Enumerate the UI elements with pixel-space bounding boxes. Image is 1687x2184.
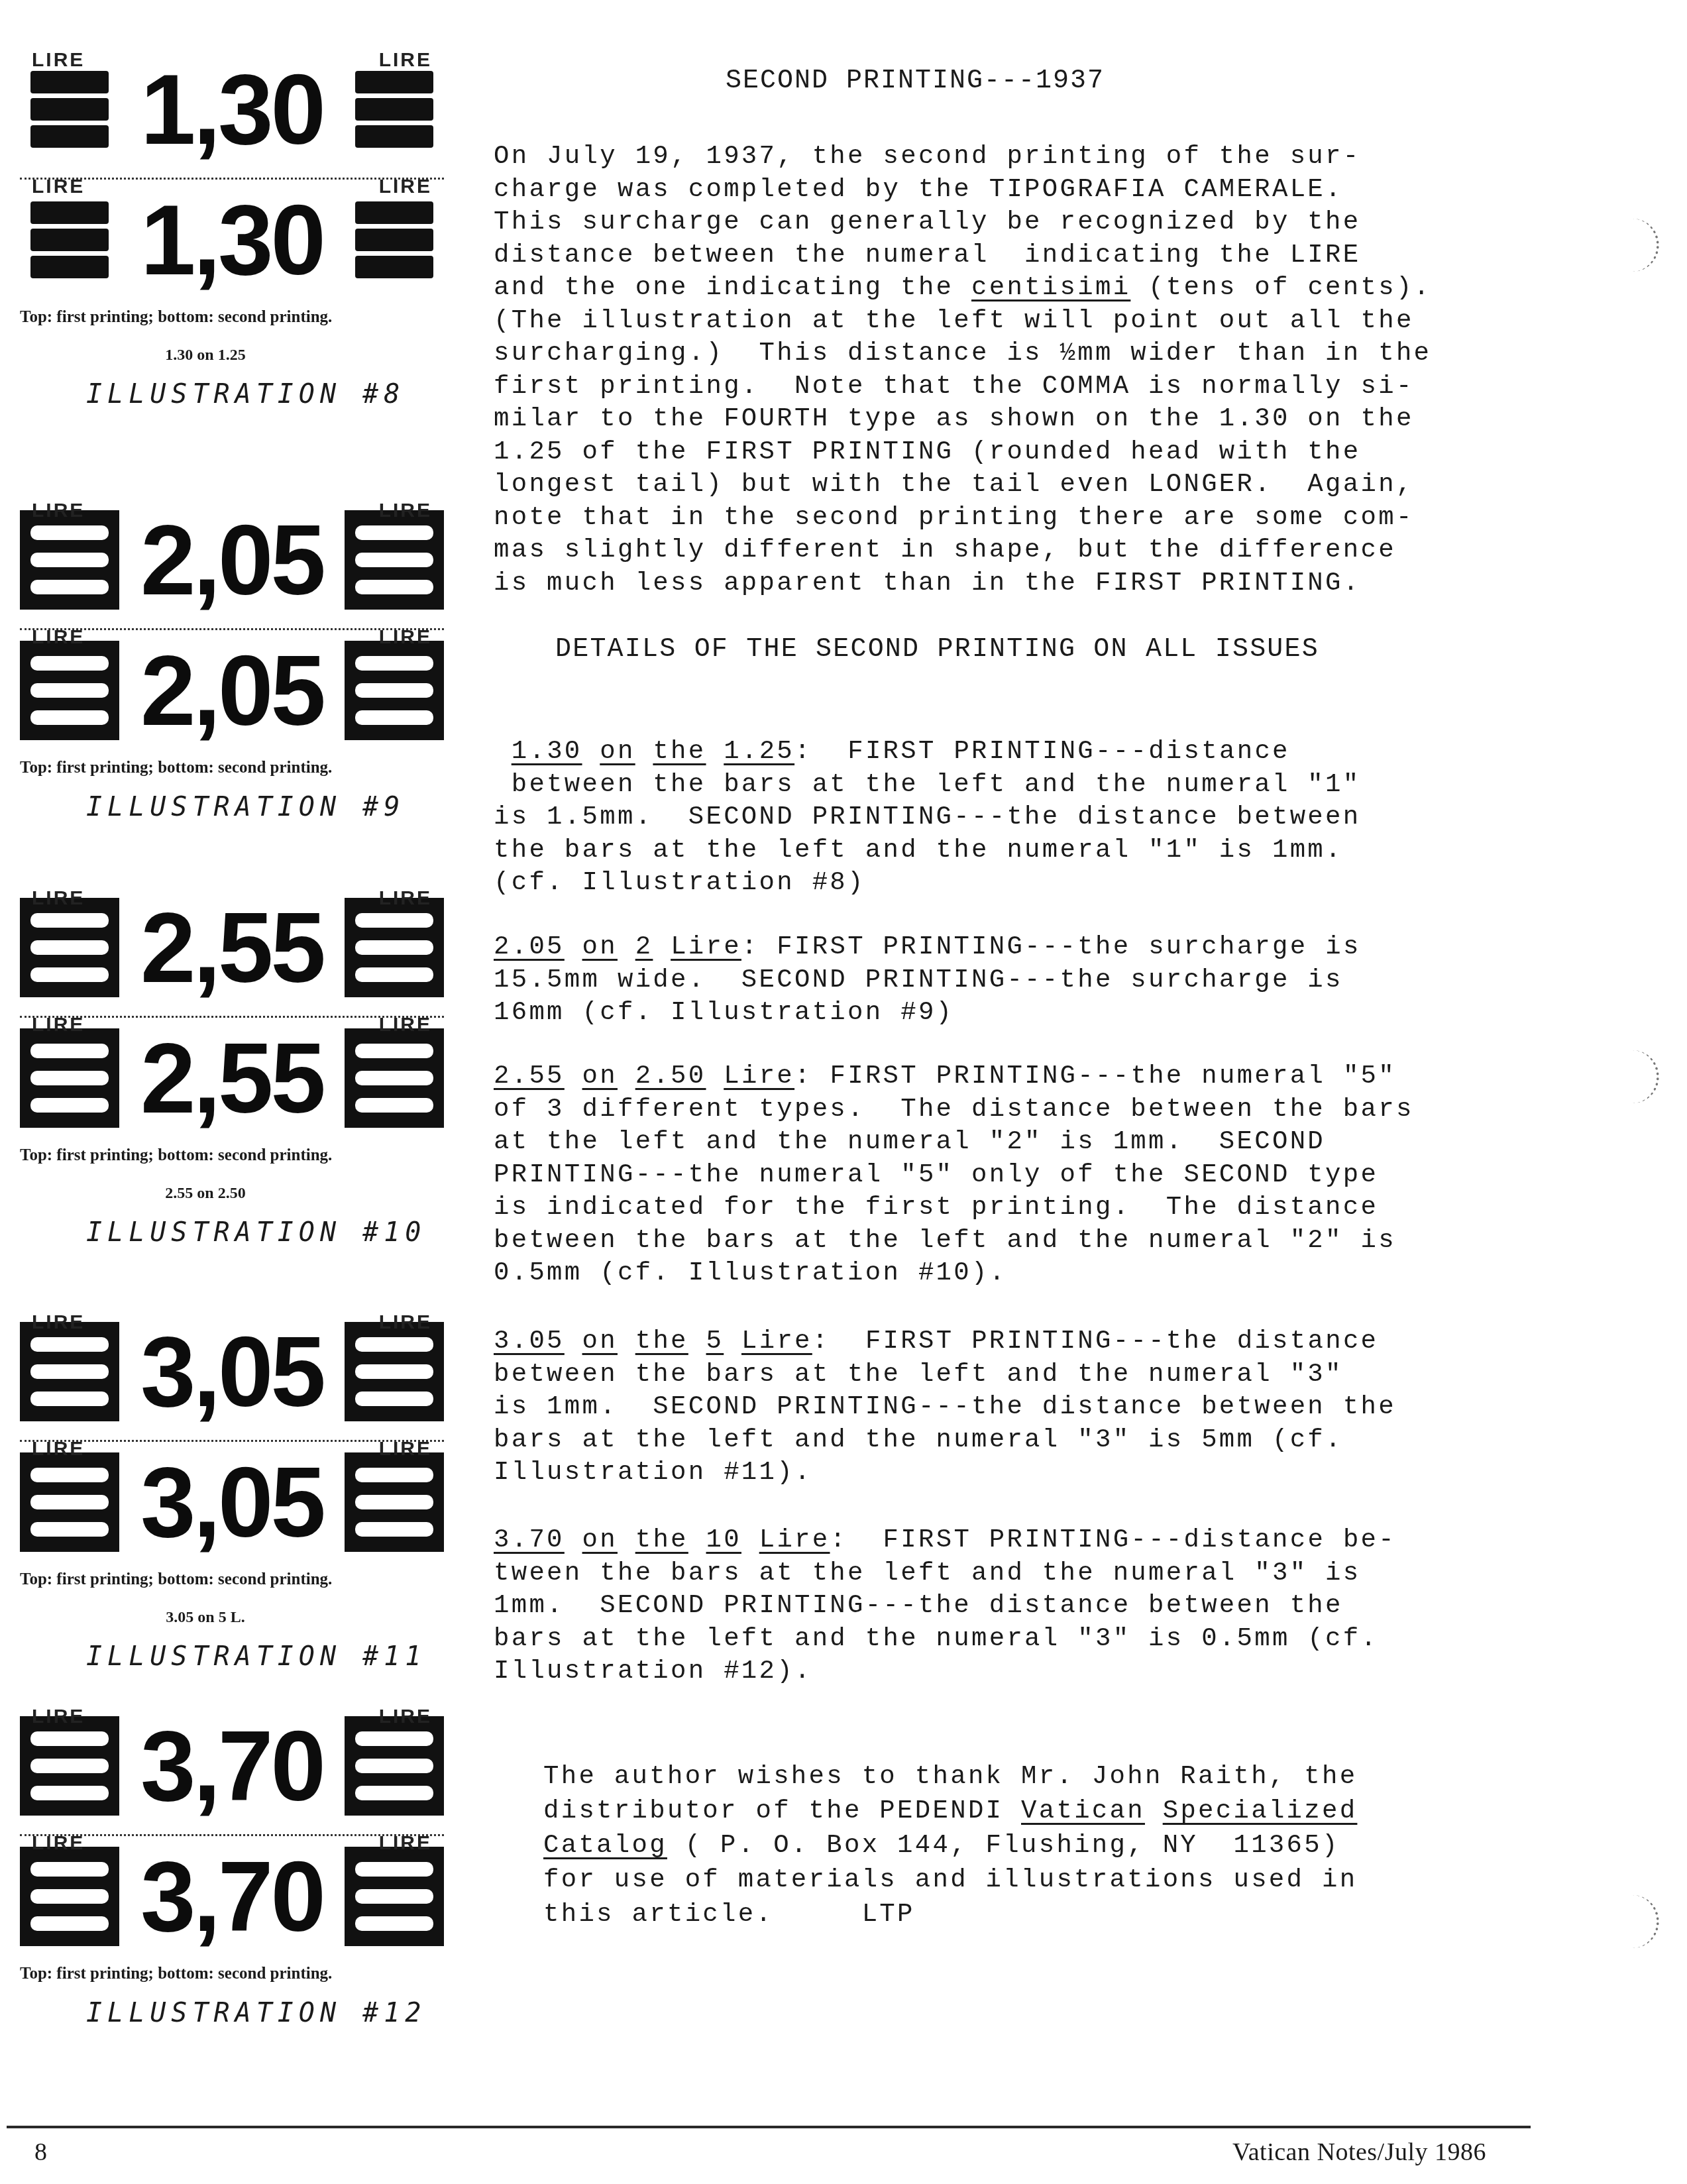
ack-line: for use of materials and illustrations u… xyxy=(543,1863,1357,1897)
issue-heading-term: the xyxy=(635,1327,688,1356)
surcharge-numeral: 2,55 xyxy=(119,895,345,1001)
illustration-value: 1.30 on 1.25 xyxy=(20,347,391,364)
surcharge-bars-icon xyxy=(20,1716,119,1816)
issue-detail-line: between the bars at the left and the num… xyxy=(494,1358,1567,1392)
ack-line: this article. LTP xyxy=(543,1897,1357,1932)
surcharge-bars-icon xyxy=(20,1322,119,1421)
catalog-title-catalog: Catalog xyxy=(543,1831,667,1860)
surcharge-numeral: 1,30 xyxy=(119,56,345,162)
journal-footer: Vatican Notes/July 1986 xyxy=(1232,2138,1486,2167)
intro-line: note that in the second printing there a… xyxy=(494,502,1567,535)
stamp-illustration: 3,70LIRELIRE3,70LIRELIRETop: first print… xyxy=(20,1710,451,2028)
lire-label: LIRE xyxy=(32,176,85,198)
lire-label: LIRE xyxy=(379,1438,432,1460)
surcharge-numeral: 3,05 xyxy=(119,1319,345,1425)
illustration-label: ILLUSTRATION #11 xyxy=(20,1641,451,1672)
section-subheading: DETAILS OF THE SECOND PRINTING ON ALL IS… xyxy=(555,635,1319,665)
lire-label: LIRE xyxy=(32,1832,85,1855)
surcharge-bars-icon xyxy=(20,1452,119,1552)
surcharge-numeral: 3,70 xyxy=(119,1713,345,1819)
lire-label: LIRE xyxy=(32,1311,85,1334)
lire-label: LIRE xyxy=(32,1706,85,1728)
surcharge-numeral: 2,05 xyxy=(119,507,345,613)
binder-hole-mark xyxy=(1617,1895,1659,1948)
issue-heading-term: on xyxy=(600,737,635,766)
lire-label: LIRE xyxy=(379,1832,432,1855)
issue-detail-line: Illustration #12). xyxy=(494,1655,1567,1688)
surcharge-bars-icon xyxy=(345,641,444,740)
issue-heading: 2.05 on 2 Lire: FIRST PRINTING---the sur… xyxy=(494,931,1567,964)
surcharge-numeral: 3,70 xyxy=(119,1843,345,1949)
issue-detail-line: between the bars at the left and the num… xyxy=(494,1225,1567,1258)
illustration-value: 2.55 on 2.50 xyxy=(20,1185,391,1203)
surcharge-bars-icon xyxy=(345,510,444,610)
issue-heading: 3.70 on the 10 Lire: FIRST PRINTING---di… xyxy=(494,1524,1567,1557)
issue-detail-entry: 3.05 on the 5 Lire: FIRST PRINTING---the… xyxy=(494,1325,1567,1490)
intro-line: first printing. Note that the COMMA is n… xyxy=(494,370,1567,404)
intro-line: This surcharge can generally be recogniz… xyxy=(494,206,1567,239)
surcharge-numeral: 2,55 xyxy=(119,1025,345,1131)
surcharge-bars-icon xyxy=(345,190,444,290)
issue-heading-term: Lire xyxy=(759,1525,830,1555)
surcharge-numeral: 2,05 xyxy=(119,637,345,743)
surcharge-bars-icon xyxy=(345,1322,444,1421)
lire-label: LIRE xyxy=(379,626,432,649)
issue-heading-term: 3.70 xyxy=(494,1525,565,1555)
surcharge-bars-icon xyxy=(345,898,444,997)
issue-heading-term: Lire xyxy=(671,932,741,961)
issue-heading-term: Lire xyxy=(741,1327,812,1356)
surcharge-bars-icon xyxy=(20,510,119,610)
issue-detail-entry: 1.30 on the 1.25: FIRST PRINTING---dista… xyxy=(494,736,1567,900)
intro-line: is much less apparent than in the FIRST … xyxy=(494,567,1567,600)
issue-heading-term: 2.55 xyxy=(494,1062,565,1091)
issue-detail-line: is 1.5mm. SECOND PRINTING---the distance… xyxy=(494,801,1567,834)
stamp-first-printing: 2,05LIRELIRE xyxy=(20,504,444,616)
issue-heading: 3.05 on the 5 Lire: FIRST PRINTING---the… xyxy=(494,1325,1567,1358)
lire-label: LIRE xyxy=(379,49,432,72)
issue-detail-entry: 3.70 on the 10 Lire: FIRST PRINTING---di… xyxy=(494,1524,1567,1688)
lire-label: LIRE xyxy=(379,1014,432,1036)
surcharge-bars-icon xyxy=(20,641,119,740)
intro-line: (The illustration at the left will point… xyxy=(494,305,1567,338)
page-number: 8 xyxy=(34,2138,47,2167)
illustration-caption: Top: first printing; bottom: second prin… xyxy=(20,1146,451,1165)
lire-label: LIRE xyxy=(32,626,85,649)
illustration-caption: Top: first printing; bottom: second prin… xyxy=(20,1570,451,1589)
footer-rule xyxy=(7,2126,1531,2128)
intro-line: surcharging.) This distance is ½mm wider… xyxy=(494,337,1567,370)
issue-heading: 2.55 on 2.50 Lire: FIRST PRINTING---the … xyxy=(494,1060,1567,1093)
illustration-value: 3.05 on 5 L. xyxy=(20,1609,391,1627)
stamp-pair-image: 3,05LIRELIRE3,05LIRELIRE xyxy=(20,1315,444,1558)
lire-label: LIRE xyxy=(32,887,85,910)
intro-line: and the one indicating the centisimi (te… xyxy=(494,272,1567,305)
catalog-title-specialized: Specialized xyxy=(1163,1796,1358,1826)
lire-label: LIRE xyxy=(32,1014,85,1036)
issue-heading-term: 5 xyxy=(706,1327,724,1356)
illustration-caption: Top: first printing; bottom: second prin… xyxy=(20,1965,451,1983)
stamp-second-printing: 2,55LIRELIRE xyxy=(20,1016,444,1134)
stamp-second-printing: 2,05LIRELIRE xyxy=(20,628,444,747)
intro-paragraph: On July 19, 1937, the second printing of… xyxy=(494,140,1567,600)
surcharge-bars-icon xyxy=(20,190,119,290)
issue-heading-term: on xyxy=(582,1327,618,1356)
stamp-first-printing: 3,05LIRELIRE xyxy=(20,1315,444,1428)
issue-heading-term: the xyxy=(635,1525,688,1555)
stamp-illustration: 2,55LIRELIRE2,55LIRELIRETop: first print… xyxy=(20,891,451,1248)
issue-heading-term: 1.30 xyxy=(512,737,582,766)
surcharge-bars-icon xyxy=(345,60,444,159)
issue-heading-term: 3.05 xyxy=(494,1327,565,1356)
lire-label: LIRE xyxy=(379,887,432,910)
stamp-second-printing: 3,05LIRELIRE xyxy=(20,1440,444,1558)
surcharge-numeral: 3,05 xyxy=(119,1449,345,1555)
lire-label: LIRE xyxy=(379,500,432,522)
issue-detail-line: the bars at the left and the numeral "1"… xyxy=(494,834,1567,867)
issue-heading-term: 2.05 xyxy=(494,932,565,961)
illustration-caption: Top: first printing; bottom: second prin… xyxy=(20,308,451,327)
ack-line: The author wishes to thank Mr. John Rait… xyxy=(543,1759,1357,1794)
issue-detail-line: tween the bars at the left and the numer… xyxy=(494,1557,1567,1590)
issue-heading: 1.30 on the 1.25: FIRST PRINTING---dista… xyxy=(494,736,1567,769)
intro-line: longest tail) but with the tail even LON… xyxy=(494,468,1567,502)
issue-heading-term: 2 xyxy=(635,932,653,961)
issue-detail-line: is indicated for the first printing. The… xyxy=(494,1191,1567,1225)
catalog-title-vatican: Vatican xyxy=(1021,1796,1145,1826)
surcharge-bars-icon xyxy=(345,1452,444,1552)
surcharge-bars-icon xyxy=(20,898,119,997)
issue-detail-line: 0.5mm (cf. Illustration #10). xyxy=(494,1257,1567,1290)
issue-heading-term: on xyxy=(582,1062,618,1091)
issue-heading-term: Lire xyxy=(724,1062,794,1091)
stamp-pair-image: 2,55LIRELIRE2,55LIRELIRE xyxy=(20,891,444,1134)
issue-detail-line: bars at the left and the numeral "3" is … xyxy=(494,1623,1567,1656)
illustration-label: ILLUSTRATION #8 xyxy=(20,379,451,409)
issue-detail-line: bars at the left and the numeral "3" is … xyxy=(494,1424,1567,1457)
intro-line: distance between the numeral indicating … xyxy=(494,239,1567,272)
stamp-illustration: 1,30LIRELIRE1,30LIRELIRETop: first print… xyxy=(20,53,451,409)
issue-detail-line: at the left and the numeral "2" is 1mm. … xyxy=(494,1126,1567,1159)
stamp-illustration: 3,05LIRELIRE3,05LIRELIRETop: first print… xyxy=(20,1315,451,1672)
issue-detail-line: PRINTING---the numeral "5" only of the S… xyxy=(494,1159,1567,1192)
surcharge-bars-icon xyxy=(345,1716,444,1816)
article-title: SECOND PRINTING---1937 xyxy=(726,66,1105,96)
lire-label: LIRE xyxy=(32,49,85,72)
stamp-pair-image: 1,30LIRELIRE1,30LIRELIRE xyxy=(20,53,444,296)
issue-heading-term: on xyxy=(582,1525,618,1555)
illustration-caption: Top: first printing; bottom: second prin… xyxy=(20,759,451,777)
surcharge-bars-icon xyxy=(345,1028,444,1128)
issue-detail-entry: 2.05 on 2 Lire: FIRST PRINTING---the sur… xyxy=(494,931,1567,1030)
stamp-pair-image: 3,70LIRELIRE3,70LIRELIRE xyxy=(20,1710,444,1953)
stamp-first-printing: 3,70LIRELIRE xyxy=(20,1710,444,1822)
lire-label: LIRE xyxy=(379,1706,432,1728)
lire-label: LIRE xyxy=(379,176,432,198)
issue-heading-term: 2.50 xyxy=(635,1062,706,1091)
surcharge-bars-icon xyxy=(20,1028,119,1128)
acknowledgement-paragraph: The author wishes to thank Mr. John Rait… xyxy=(543,1759,1357,1932)
surcharge-bars-icon xyxy=(20,1847,119,1946)
stamp-first-printing: 2,55LIRELIRE xyxy=(20,891,444,1004)
illustration-label: ILLUSTRATION #12 xyxy=(20,1998,451,2028)
issue-heading-term: 10 xyxy=(706,1525,741,1555)
surcharge-bars-icon xyxy=(345,1847,444,1946)
issue-detail-line: (cf. Illustration #8) xyxy=(494,867,1567,900)
lire-label: LIRE xyxy=(379,1311,432,1334)
surcharge-bars-icon xyxy=(20,60,119,159)
intro-line: 1.25 of the FIRST PRINTING (rounded head… xyxy=(494,436,1567,469)
illustration-label: ILLUSTRATION #9 xyxy=(20,792,451,822)
binder-hole-mark xyxy=(1617,219,1659,272)
issue-heading-term: on xyxy=(582,932,618,961)
issue-detail-line: 1mm. SECOND PRINTING---the distance betw… xyxy=(494,1590,1567,1623)
underlined-term: centisimi xyxy=(971,273,1130,302)
ack-line: Catalog ( P. O. Box 144, Flushing, NY 11… xyxy=(543,1828,1357,1863)
ack-line: distributor of the PEDENDI Vatican Speci… xyxy=(543,1794,1357,1828)
issue-detail-line: of 3 different types. The distance betwe… xyxy=(494,1093,1567,1126)
surcharge-numeral: 1,30 xyxy=(119,187,345,293)
lire-label: LIRE xyxy=(32,1438,85,1460)
stamp-second-printing: 3,70LIRELIRE xyxy=(20,1834,444,1953)
issue-heading-term: the xyxy=(653,737,706,766)
issue-detail-line: between the bars at the left and the num… xyxy=(494,769,1567,802)
intro-line: mas slightly different in shape, but the… xyxy=(494,534,1567,567)
stamp-second-printing: 1,30LIRELIRE xyxy=(20,178,444,296)
stamp-first-printing: 1,30LIRELIRE xyxy=(20,53,444,166)
ack-address: ( P. O. Box 144, Flushing, NY 11365) xyxy=(667,1831,1340,1860)
issue-detail-line: 15.5mm wide. SECOND PRINTING---the surch… xyxy=(494,964,1567,997)
issue-detail-line: Illustration #11). xyxy=(494,1456,1567,1490)
illustration-label: ILLUSTRATION #10 xyxy=(20,1217,451,1248)
issue-detail-entry: 2.55 on 2.50 Lire: FIRST PRINTING---the … xyxy=(494,1060,1567,1290)
lire-label: LIRE xyxy=(32,500,85,522)
stamp-pair-image: 2,05LIRELIRE2,05LIRELIRE xyxy=(20,504,444,747)
binder-hole-mark xyxy=(1617,1050,1659,1103)
intro-line: charge was completed by the TIPOGRAFIA C… xyxy=(494,174,1567,207)
ack-text: distributor of the PEDENDI xyxy=(543,1796,1021,1826)
intro-line: On July 19, 1937, the second printing of… xyxy=(494,140,1567,174)
intro-line: milar to the FOURTH type as shown on the… xyxy=(494,403,1567,436)
issue-detail-line: 16mm (cf. Illustration #9) xyxy=(494,997,1567,1030)
issue-detail-line: is 1mm. SECOND PRINTING---the distance b… xyxy=(494,1391,1567,1424)
issue-heading-term: 1.25 xyxy=(724,737,794,766)
stamp-illustration: 2,05LIRELIRE2,05LIRELIRETop: first print… xyxy=(20,504,451,822)
